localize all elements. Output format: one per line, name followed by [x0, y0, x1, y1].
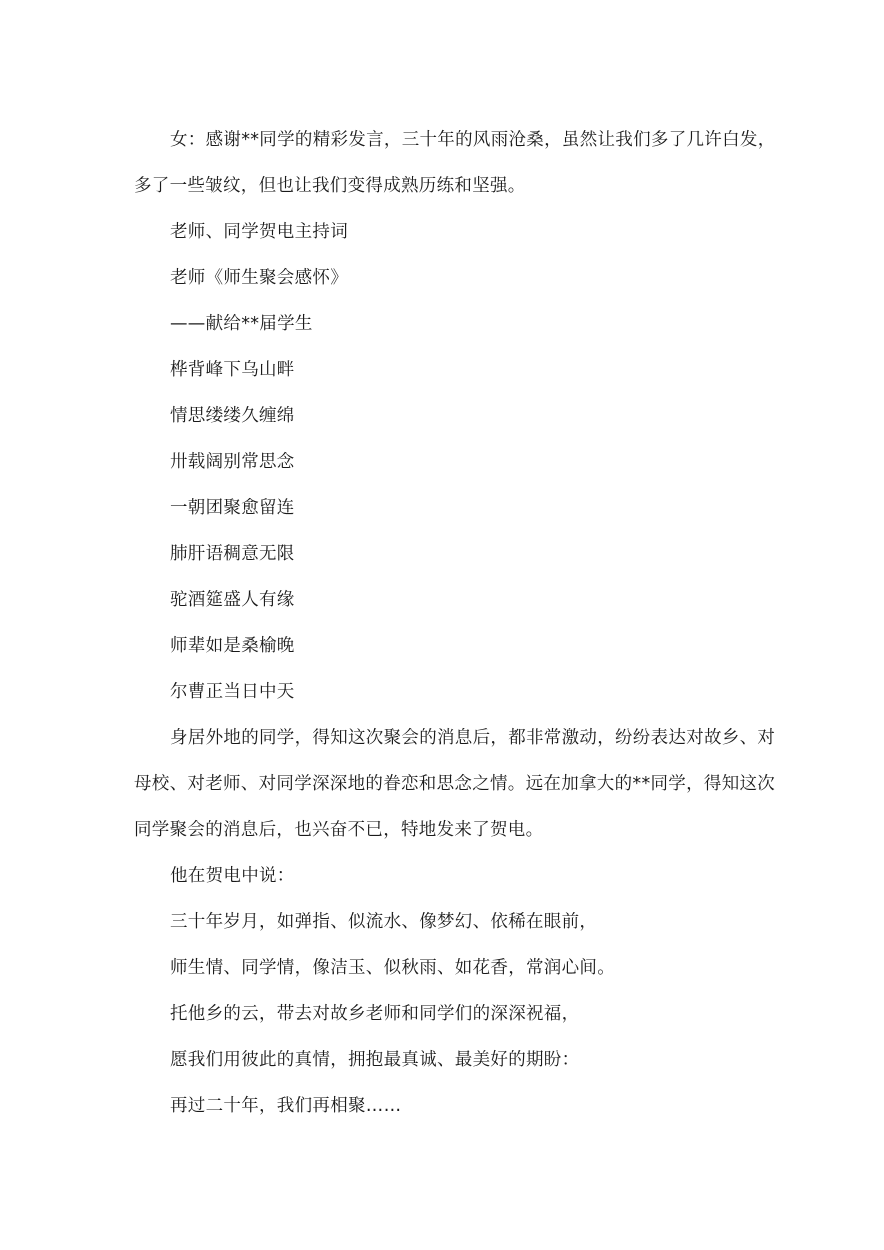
poem-line: 情思缕缕久缠绵 — [134, 393, 754, 439]
paragraph-line: 母校、对老师、对同学深深地的眷恋和思念之情。远在加拿大的**同学，得知这次 — [134, 761, 754, 807]
telegram-line: 愿我们用彼此的真情，拥抱最真诚、最美好的期盼： — [134, 1037, 754, 1083]
poem-line: 桦背峰下乌山畔 — [134, 347, 754, 393]
paragraph-line: 身居外地的同学，得知这次聚会的消息后，都非常激动，纷纷表达对故乡、对 — [134, 715, 754, 761]
paragraph-line: 他在贺电中说： — [134, 853, 754, 899]
poem-line: 卅载阔别常思念 — [134, 439, 754, 485]
document-page: 女：感谢**同学的精彩发言，三十年的风雨沧桑，虽然让我们多了几许白发， 多了一些… — [134, 117, 754, 1129]
paragraph-line: 女：感谢**同学的精彩发言，三十年的风雨沧桑，虽然让我们多了几许白发， — [134, 117, 754, 163]
paragraph-line: 同学聚会的消息后，也兴奋不已，特地发来了贺电。 — [134, 807, 754, 853]
telegram-line: 师生情、同学情，像洁玉、似秋雨、如花香，常润心间。 — [134, 945, 754, 991]
telegram-line: 三十年岁月，如弹指、似流水、像梦幻、依稀在眼前， — [134, 899, 754, 945]
telegram-line: 托他乡的云，带去对故乡老师和同学们的深深祝福， — [134, 991, 754, 1037]
poem-line: 尔曹正当日中天 — [134, 669, 754, 715]
poem-line: 一朝团聚愈留连 — [134, 485, 754, 531]
poem-title: 老师《师生聚会感怀》 — [134, 255, 754, 301]
poem-line: 驼酒筵盛人有缘 — [134, 577, 754, 623]
poem-dedication: ——献给**届学生 — [134, 301, 754, 347]
telegram-line: 再过二十年，我们再相聚…… — [134, 1083, 754, 1129]
paragraph-line: 多了一些皱纹，但也让我们变得成熟历练和坚强。 — [134, 163, 754, 209]
poem-line: 肺肝语稠意无限 — [134, 531, 754, 577]
section-heading: 老师、同学贺电主持词 — [134, 209, 754, 255]
poem-line: 师辈如是桑榆晚 — [134, 623, 754, 669]
